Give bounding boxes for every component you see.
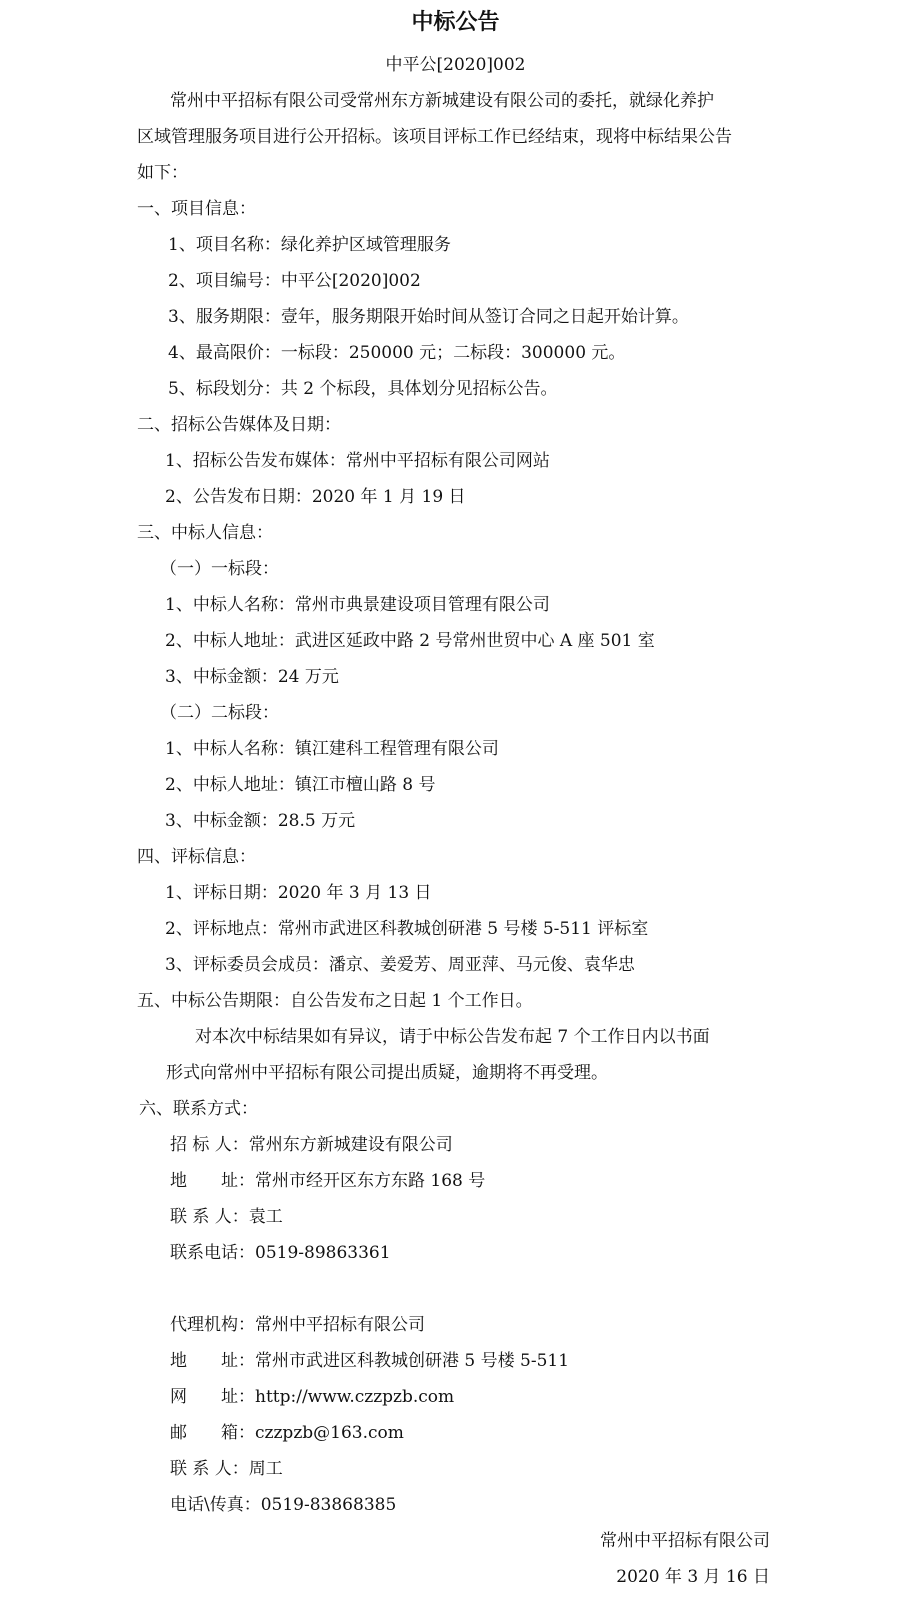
contact-line: 代理机构：常州中平招标有限公司 (170, 1314, 425, 1336)
website-link[interactable]: 网 址：http://www.czzpzb.com (170, 1386, 454, 1408)
section-heading: 一、项目信息： (137, 198, 256, 220)
contact-line: 地 址：常州市武进区科教城创研港 5 号楼 5-511 (170, 1350, 569, 1372)
section-heading: 三、中标人信息： (137, 522, 273, 544)
list-item: 3、中标金额：24 万元 (165, 666, 339, 688)
list-item: 3、中标金额：28.5 万元 (165, 810, 355, 832)
section-heading: 二、招标公告媒体及日期： (137, 414, 341, 436)
contact-line: 联 系 人：袁工 (170, 1206, 283, 1228)
contact-line: 地 址：常州市经开区东方东路 168 号 (170, 1170, 485, 1192)
list-item: 5、标段划分：共 2 个标段，具体划分见招标公告。 (168, 378, 557, 400)
document-number: 中平公[2020]002 (0, 54, 911, 76)
list-item: 2、评标地点：常州市武进区科教城创研港 5 号楼 5-511 评标室 (165, 918, 648, 940)
list-item: 1、中标人名称：常州市典景建设项目管理有限公司 (165, 594, 550, 616)
contact-line: 招 标 人：常州东方新城建设有限公司 (170, 1134, 453, 1156)
subsection-heading: （一）一标段： (160, 558, 279, 580)
email-link[interactable]: 邮 箱：czzpzb@163.com (170, 1422, 404, 1444)
list-item: 1、评标日期：2020 年 3 月 13 日 (165, 882, 432, 904)
contact-line: 电话\传真：0519-83868385 (170, 1494, 396, 1516)
objection-text: 形式向常州中平招标有限公司提出质疑，逾期将不再受理。 (166, 1062, 608, 1084)
list-item: 3、评标委员会成员：潘京、姜爱芳、周亚萍、马元俊、袁华忠 (165, 954, 635, 976)
intro-line: 如下： (137, 162, 188, 184)
section-heading: 六、联系方式： (139, 1098, 258, 1120)
list-item: 1、招标公告发布媒体：常州中平招标有限公司网站 (165, 450, 550, 472)
list-item: 2、中标人地址：武进区延政中路 2 号常州世贸中心 A 座 501 室 (165, 630, 655, 652)
list-item: 1、中标人名称：镇江建科工程管理有限公司 (165, 738, 499, 760)
intro-line: 常州中平招标有限公司受常州东方新城建设有限公司的委托，就绿化养护 (170, 90, 714, 112)
contact-line: 联系电话：0519-89863361 (170, 1242, 391, 1264)
contact-line: 联 系 人：周工 (170, 1458, 283, 1480)
list-item: 2、项目编号：中平公[2020]002 (168, 270, 421, 292)
section-heading: 五、中标公告期限：自公告发布之日起 1 个工作日。 (137, 990, 533, 1012)
list-item: 2、公告发布日期：2020 年 1 月 19 日 (165, 486, 466, 508)
signature-company: 常州中平招标有限公司 (600, 1530, 770, 1552)
objection-text: 对本次中标结果如有异议，请于中标公告发布起 7 个工作日内以书面 (195, 1026, 710, 1048)
intro-line: 区域管理服务项目进行公开招标。该项目评标工作已经结束，现将中标结果公告 (137, 126, 732, 148)
page-title: 中标公告 (0, 8, 911, 38)
list-item: 3、服务期限：壹年，服务期限开始时间从签订合同之日起开始计算。 (168, 306, 689, 328)
list-item: 2、中标人地址：镇江市檀山路 8 号 (165, 774, 435, 796)
list-item: 4、最高限价：一标段：250000 元；二标段：300000 元。 (168, 342, 625, 364)
list-item: 1、项目名称：绿化养护区域管理服务 (168, 234, 451, 256)
signature-date: 2020 年 3 月 16 日 (616, 1566, 770, 1588)
subsection-heading: （二）二标段： (160, 702, 279, 724)
section-heading: 四、评标信息： (137, 846, 256, 868)
